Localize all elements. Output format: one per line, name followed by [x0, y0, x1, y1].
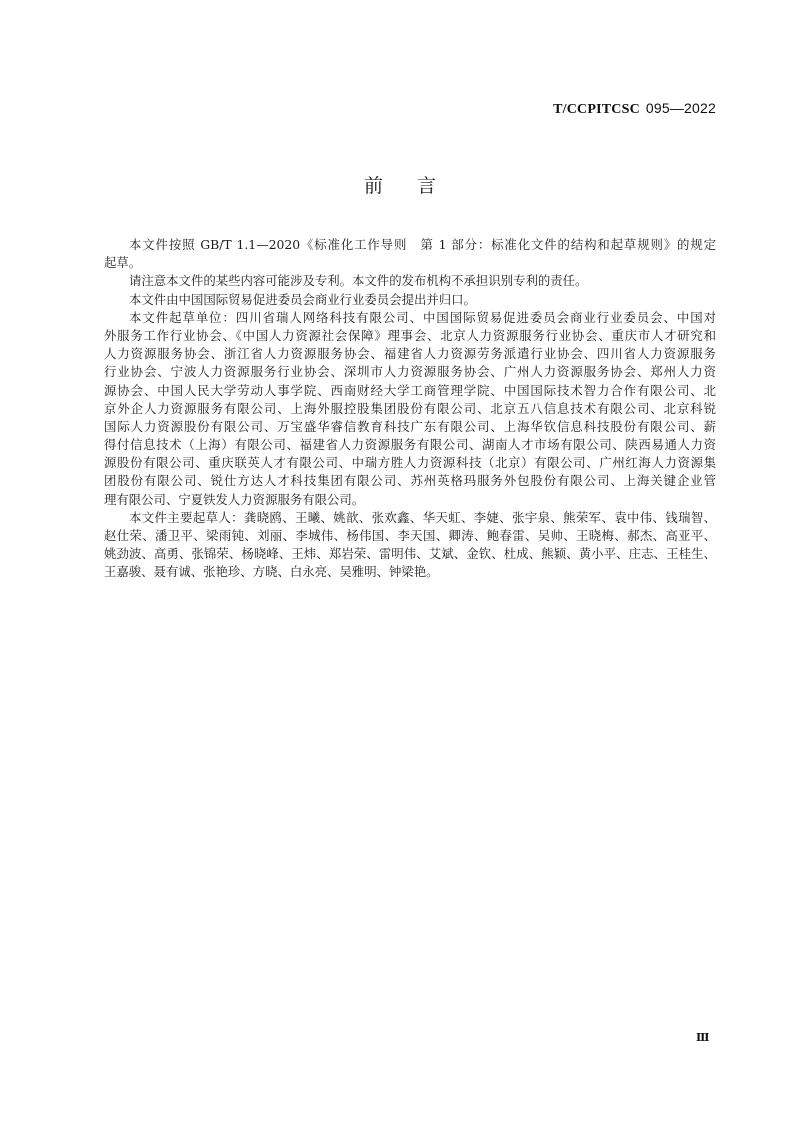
- text-line: 本文件起草单位：四川省瑞人网络科技有限公司、中国国际贸易促进委员会商业行业委员会…: [104, 309, 716, 327]
- text-line: 团股份有限公司、锐仕方达人才科技集团有限公司、苏州英格玛服务外包股份有限公司、上…: [104, 472, 716, 490]
- text-line: 得付信息技术（上海）有限公司、福建省人力资源服务有限公司、湖南人才市场有限公司、…: [104, 436, 716, 454]
- standard-code: 095—2022: [646, 100, 716, 116]
- text-line: 源协会、中国人民大学劳动人事学院、西南财经大学工商管理学院、中国国际技术智力合作…: [104, 382, 716, 400]
- document-page: T/CCPITCSC095—2022 前言 本文件按照 GB/T 1.1—202…: [0, 0, 800, 1122]
- paragraph-drafting-units: 本文件起草单位：四川省瑞人网络科技有限公司、中国国际贸易促进委员会商业行业委员会…: [104, 309, 716, 509]
- text-line: 本文件按照 GB/T 1.1—2020《标准化工作导则 第 1 部分：标准化文件…: [104, 236, 716, 254]
- text-line: 源股份有限公司、重庆联英人才有限公司、中瑞方胜人力资源科技（北京）有限公司、广州…: [104, 454, 716, 472]
- paragraph-proposer: 本文件由中国国际贸易促进委员会商业行业委员会提出并归口。: [104, 291, 716, 309]
- text-line: 起草。: [104, 254, 716, 272]
- text-line: 国际人力资源股份有限公司、万宝盛华睿信教育科技广东有限公司、上海华钦信息科技股份…: [104, 418, 716, 436]
- text-line: 人力资源服务协会、浙江省人力资源服务协会、福建省人力资源劳务派遣行业协会、四川省…: [104, 345, 716, 363]
- text-line: 赵仕荣、潘卫平、梁雨钝、刘丽、李城伟、杨伟国、李天国、卿涛、鲍春雷、吴帅、王晓梅…: [104, 527, 716, 545]
- standard-number: T/CCPITCSC095—2022: [553, 100, 716, 118]
- text-line: 外服务工作行业协会、《中国人力资源社会保障》理事会、北京人力资源服务行业协会、重…: [104, 327, 716, 345]
- text-line: 请注意本文件的某些内容可能涉及专利。本文件的发布机构不承担识别专利的责任。: [104, 272, 716, 290]
- paragraph-basis: 本文件按照 GB/T 1.1—2020《标准化工作导则 第 1 部分：标准化文件…: [104, 236, 716, 272]
- text-line: 本文件由中国国际贸易促进委员会商业行业委员会提出并归口。: [104, 291, 716, 309]
- standard-prefix: T/CCPITCSC: [553, 102, 640, 117]
- text-line: 本文件主要起草人：龚晓鸥、王曦、姚歆、张欢鑫、华天虹、李婕、张宇泉、熊荣军、袁中…: [104, 509, 716, 527]
- text-line: 行业协会、宁波人力资源服务行业协会、深圳市人力资源服务协会、广州人力资源服务协会…: [104, 363, 716, 381]
- page-title: 前言: [0, 171, 800, 198]
- page-number: Ⅲ: [696, 1031, 709, 1044]
- paragraph-main-drafters: 本文件主要起草人：龚晓鸥、王曦、姚歆、张欢鑫、华天虹、李婕、张宇泉、熊荣军、袁中…: [104, 509, 716, 582]
- foreword-body: 本文件按照 GB/T 1.1—2020《标准化工作导则 第 1 部分：标准化文件…: [104, 236, 716, 582]
- text-line: 姚劲波、高勇、张锦荣、杨晓峰、王炜、郑岩荣、雷明伟、艾斌、金钦、杜成、熊颖、黄小…: [104, 545, 716, 563]
- text-line: 理有限公司、宁夏铁发人力资源服务有限公司。: [104, 491, 716, 509]
- text-line: 王嘉骏、聂有诚、张艳珍、方晓、白永亮、吴雅明、钟梁艳。: [104, 563, 716, 581]
- text-line: 京外企人力资源服务有限公司、上海外服控股集团股份有限公司、北京五八信息技术有限公…: [104, 400, 716, 418]
- paragraph-patent-notice: 请注意本文件的某些内容可能涉及专利。本文件的发布机构不承担识别专利的责任。: [104, 272, 716, 290]
